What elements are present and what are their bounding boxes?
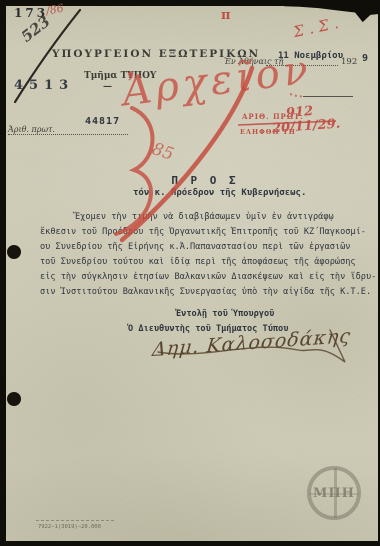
- body-line: ου Συνεδρίου τῆς Εἰρήνης κ.Ἀ.Παπαναστασί…: [40, 242, 350, 252]
- footer-rule: [36, 519, 114, 521]
- body-line: σιν Ἰνστιτούτου Βαλκανικῆς Συνεργασίας ὑ…: [40, 287, 371, 297]
- body-line: εἰς τὴν σύγκλησιν ἐτησίων Βαλκανικῶν Δια…: [40, 272, 376, 282]
- recipient-line: τόν κ. Πρόεδρον τῆς Κυβερνήσεως.: [133, 188, 306, 198]
- red-check-mark: π: [221, 8, 231, 23]
- by-order-line: Ἐντολῇ τοῦ Ὑπουργοῦ: [176, 309, 274, 319]
- scanned-letter: 173 /86 523 π Σ.Σ. ΥΠΟΥΡΓΕΙΟΝ ΕΞΩΤΕΡΙΚΩΝ…: [0, 0, 380, 546]
- body-line: τοῦ Συνεδρίου τούτου καὶ ἰδίᾳ περὶ τῆς ἀ…: [40, 257, 356, 267]
- hole-punch: [7, 245, 21, 259]
- typed-ref-number: 44817: [85, 116, 120, 127]
- to-heading: Π Ρ Ο Σ: [150, 174, 260, 187]
- pencil-rule: [303, 96, 353, 97]
- year-printed: 192: [341, 57, 357, 67]
- year-digit: 9: [362, 53, 368, 64]
- body-line: Ἔχομεν τὴν τιμὴν νὰ διαβιβάσωμεν ὑμῖν ἐν…: [75, 212, 334, 222]
- ref-dotted-line: [8, 133, 128, 135]
- hole-punch: [7, 392, 21, 406]
- department-rule: —: [103, 82, 112, 92]
- registry-stamp-number: 4513: [14, 78, 74, 93]
- print-code: 7922—1(3019)—20.000: [38, 524, 101, 530]
- archive-watermark: ΜΠΗ: [307, 466, 361, 520]
- watermark-letters: ΜΠΗ: [313, 486, 355, 501]
- body-line: ἔκθεσιν τοῦ Προέδρου τῆς Ὀργανωτικῆς Ἐπι…: [40, 227, 366, 237]
